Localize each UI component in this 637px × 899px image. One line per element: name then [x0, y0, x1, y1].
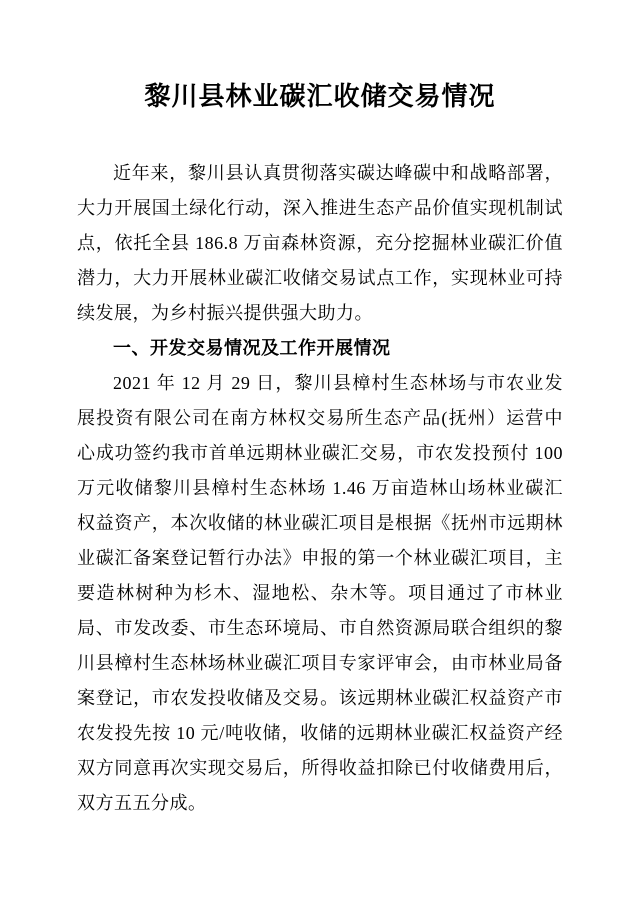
intro-paragraph: 近年来，黎川县认真贯彻落实碳达峰碳中和战略部署，大力开展国土绿化行动，深入推进生…: [77, 156, 563, 331]
document-title: 黎川县林业碳汇收储交易情况: [77, 82, 563, 112]
document-page: 黎川县林业碳汇收储交易情况 近年来，黎川县认真贯彻落实碳达峰碳中和战略部署，大力…: [0, 0, 637, 899]
section-1-paragraph: 2021 年 12 月 29 日，黎川县樟村生态林场与市农业发展投资有限公司在南…: [77, 366, 563, 821]
section-1-heading: 一、开发交易情况及工作开展情况: [77, 331, 563, 366]
